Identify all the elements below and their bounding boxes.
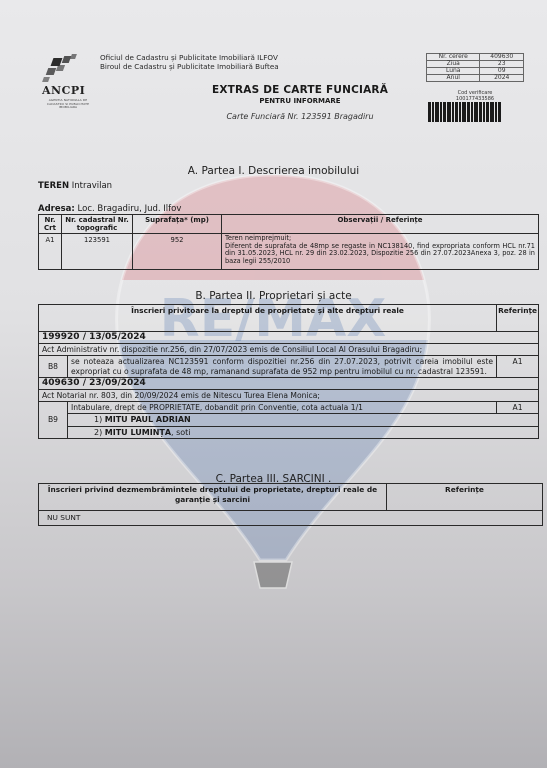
office-names: Oficiul de Cadastru și Publicitate Imobi… (100, 53, 279, 71)
request-info-box: Nr. cerere409630 Ziua23 Luna09 Anul2024 (426, 53, 524, 82)
part-b-title: B. Partea II. Proprietari și acte (0, 290, 547, 302)
col-referinte: Referințe (497, 305, 539, 332)
document-title: EXTRAS DE CARTE FUNCIARĂ (190, 84, 410, 96)
logo-subtitle: AGENTIA NATIONALA DE CADASTRU SI PUBLICI… (40, 99, 96, 110)
property-address: Adresa: Loc. Bragadiru, Jud. Ilfov (38, 204, 181, 214)
table-row: A1 123591 952 Teren neimprejmuit; Difere… (39, 234, 539, 270)
part-b-table: Înscrieri privitoare la dreptul de propr… (38, 304, 539, 439)
request-row: Anul2024 (427, 75, 524, 82)
part-c-table: Înscrieri privind dezmembrămintele drept… (38, 483, 543, 526)
owner-row: 1) MITU PAUL ADRIAN (39, 414, 539, 426)
col-nr-cadastral: Nr. cadastral Nr. topografic (62, 215, 133, 234)
owner-name: MITU PAUL ADRIAN (105, 415, 191, 424)
office-line-2: Biroul de Cadastru și Publicitate Imobil… (100, 62, 279, 71)
table-row: B9 Intabulare, drept de PROPRIETATE, dob… (39, 402, 539, 414)
col-observatii: Observații / Referințe (222, 215, 539, 234)
document-subtitle: PENTRU INFORMARE (190, 97, 410, 105)
request-row: Ziua23 (427, 61, 524, 68)
office-line-1: Oficiul de Cadastru și Publicitate Imobi… (100, 53, 279, 62)
request-row: Nr. cerere409630 (427, 54, 524, 61)
registration-row: 199920 / 13/05/2024 (39, 332, 539, 344)
ancpi-logo: ANCPI AGENTIA NATIONALA DE CADASTRU SI P… (38, 52, 98, 112)
part-a-title: A. Partea I. Descrierea imobilului (0, 165, 547, 177)
registration-row: 409630 / 23/09/2024 (39, 377, 539, 389)
col-sarcini: Înscrieri privind dezmembrămintele drept… (39, 484, 387, 511)
document-title-block: EXTRAS DE CARTE FUNCIARĂ PENTRU INFORMAR… (190, 84, 410, 121)
col-referinte: Referințe (387, 484, 543, 511)
col-inscrieri: Înscrieri privitoare la dreptul de propr… (39, 305, 497, 332)
table-row: B8 se noteaza actualizarea NC123591 conf… (39, 356, 539, 377)
document-page: RE/MAX ANCPI AGENTIA NATIONALA DE CADAST… (0, 0, 547, 768)
logo-name: ANCPI (42, 84, 85, 97)
owner-row: 2) MITU LUMINȚA, soti (39, 426, 539, 438)
property-type: TEREN Intravilan (38, 181, 112, 191)
owner-name: MITU LUMINȚA (105, 428, 171, 437)
act-row: Act Administrativ nr. dispozitie nr.256,… (39, 344, 539, 356)
col-suprafata: Suprafața* (mp) (133, 215, 222, 234)
col-nr-crt: Nr. Crt (39, 215, 62, 234)
act-row: Act Notarial nr. 803, din 20/09/2024 emi… (39, 390, 539, 402)
table-row: NU SUNT (39, 511, 543, 526)
carte-funciara-number: Carte Funciară Nr. 123591 Bragadiru (190, 112, 410, 121)
verification-code: Cod verificare 100177433586 (426, 90, 524, 102)
barcode-icon (428, 102, 524, 122)
part-a-table: Nr. Crt Nr. cadastral Nr. topografic Sup… (38, 214, 539, 270)
